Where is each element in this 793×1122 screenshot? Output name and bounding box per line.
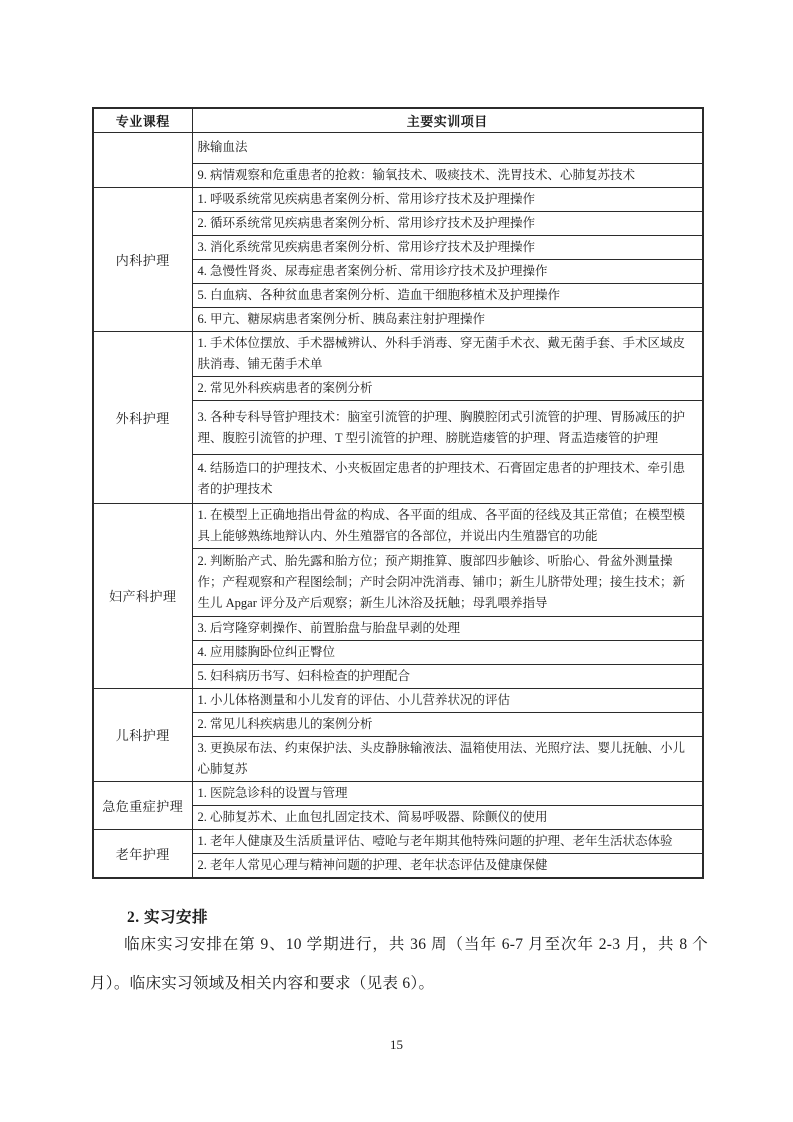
table-row: 妇产科护理 1. 在模型上正确地指出骨盆的构成、各平面的组成、各平面的径线及其正…: [93, 503, 703, 548]
column-header-projects: 主要实训项目: [192, 108, 703, 132]
training-projects-table: 专业课程 主要实训项目 脉输血法 9. 病情观察和危重患者的抢救：输氧技术、吸痰…: [92, 107, 704, 879]
course-cell-surgical: 外科护理: [93, 331, 192, 503]
section-heading-internship: 2. 实习安排: [127, 905, 208, 927]
item-cell: 4. 结肠造口的护理技术、小夹板固定患者的护理技术、石膏固定患者的护理技术、牵引…: [192, 454, 703, 503]
item-cell: 5. 白血病、各种贫血患者案例分析、造血干细胞移植术及护理操作: [192, 283, 703, 307]
table-row: 儿科护理 1. 小儿体格测量和小儿发育的评估、小儿营养状况的评估: [93, 688, 703, 712]
item-cell: 1. 呼吸系统常见疾病患者案例分析、常用诊疗技术及护理操作: [192, 187, 703, 211]
item-cell: 3. 消化系统常见疾病患者案例分析、常用诊疗技术及护理操作: [192, 235, 703, 259]
course-cell-pediatrics: 儿科护理: [93, 688, 192, 781]
column-header-course: 专业课程: [93, 108, 192, 132]
item-cell: 1. 在模型上正确地指出骨盆的构成、各平面的组成、各平面的径线及其正常值；在模型…: [192, 503, 703, 548]
table-row: 老年护理 1. 老年人健康及生活质量评估、噎呛与老年期其他特殊问题的护理、老年生…: [93, 829, 703, 853]
table-row: 急危重症护理 1. 医院急诊科的设置与管理: [93, 781, 703, 805]
item-cell: 1. 老年人健康及生活质量评估、噎呛与老年期其他特殊问题的护理、老年生活状态体验: [192, 829, 703, 853]
item-cell: 2. 常见儿科疾病患儿的案例分析: [192, 712, 703, 736]
course-cell-continued: [93, 132, 192, 187]
document-page: 专业课程 主要实训项目 脉输血法 9. 病情观察和危重患者的抢救：输氧技术、吸痰…: [0, 0, 793, 1122]
table-row: 内科护理 1. 呼吸系统常见疾病患者案例分析、常用诊疗技术及护理操作: [93, 187, 703, 211]
page-number: 15: [0, 1037, 793, 1053]
item-cell: 2. 循环系统常见疾病患者案例分析、常用诊疗技术及护理操作: [192, 211, 703, 235]
item-cell: 2. 判断胎产式、胎先露和胎方位；预产期推算、腹部四步触诊、听胎心、骨盆外测量操…: [192, 548, 703, 616]
item-cell: 1. 手术体位摆放、手术器械辨认、外科手消毒、穿无菌手术衣、戴无菌手套、手术区域…: [192, 331, 703, 376]
course-cell-emergency: 急危重症护理: [93, 781, 192, 829]
item-cell: 9. 病情观察和危重患者的抢救：输氧技术、吸痰技术、洗胃技术、心肺复苏技术: [192, 163, 703, 187]
course-cell-geriatrics: 老年护理: [93, 829, 192, 878]
item-cell: 4. 应用膝胸卧位纠正臀位: [192, 640, 703, 664]
item-cell: 2. 心肺复苏术、止血包扎固定技术、简易呼吸器、除颤仪的使用: [192, 805, 703, 829]
item-cell: 1. 小儿体格测量和小儿发育的评估、小儿营养状况的评估: [192, 688, 703, 712]
item-cell: 5. 妇科病历书写、妇科检查的护理配合: [192, 664, 703, 688]
item-cell: 脉输血法: [192, 132, 703, 163]
item-cell: 3. 各种专科导管护理技术：脑室引流管的护理、胸膜腔闭式引流管的护理、胃肠减压的…: [192, 400, 703, 454]
table-row: 脉输血法: [93, 132, 703, 163]
item-cell: 1. 医院急诊科的设置与管理: [192, 781, 703, 805]
course-cell-internal-medicine: 内科护理: [93, 187, 192, 331]
item-cell: 2. 老年人常见心理与精神问题的护理、老年状态评估及健康保健: [192, 853, 703, 878]
item-cell: 6. 甲亢、糖尿病患者案例分析、胰岛素注射护理操作: [192, 307, 703, 331]
table-header-row: 专业课程 主要实训项目: [93, 108, 703, 132]
item-cell: 4. 急慢性肾炎、尿毒症患者案例分析、常用诊疗技术及护理操作: [192, 259, 703, 283]
item-cell: 3. 更换尿布法、约束保护法、头皮静脉输液法、温箱使用法、光照疗法、婴儿抚触、小…: [192, 736, 703, 781]
internship-paragraph: 临床实习安排在第 9、10 学期进行，共 36 周（当年 6-7 月至次年 2-…: [90, 925, 708, 1003]
table-row: 外科护理 1. 手术体位摆放、手术器械辨认、外科手消毒、穿无菌手术衣、戴无菌手套…: [93, 331, 703, 376]
item-cell: 3. 后穹隆穿刺操作、前置胎盘与胎盘早剥的处理: [192, 616, 703, 640]
course-cell-obstetrics: 妇产科护理: [93, 503, 192, 688]
item-cell: 2. 常见外科疾病患者的案例分析: [192, 376, 703, 400]
